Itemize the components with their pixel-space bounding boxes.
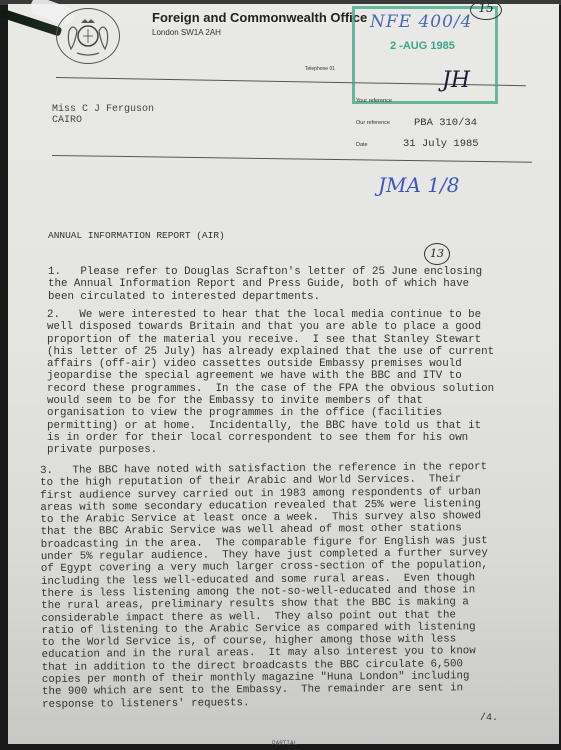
handwritten-initials: JMA 1/8 xyxy=(378,173,459,197)
organisation-name: Foreign and Commonwealth Office xyxy=(152,10,367,25)
paragraph-3: 3. The BBC have noted with satisfaction … xyxy=(40,461,489,711)
stamp-initials: JH xyxy=(442,68,470,93)
addressee-name: Miss C J Ferguson xyxy=(52,104,154,115)
paragraph-2: 2. We were interested to hear that the l… xyxy=(47,309,494,457)
telephone-label: Telephone 01 xyxy=(305,66,335,72)
file-reference: NFE 400/4 xyxy=(370,12,472,32)
our-reference-value: PBA 310/34 xyxy=(414,117,477,129)
document-heading: ANNUAL INFORMATION REPORT (AIR) xyxy=(48,230,225,241)
date-value: 31 July 1985 xyxy=(403,138,479,150)
addressee-block: Miss C J Ferguson CAIRO xyxy=(52,104,154,126)
paragraph-1: 1. Please refer to Douglas Scrafton's le… xyxy=(48,266,482,303)
page-continuation: /4. xyxy=(480,713,498,724)
royal-coat-of-arms-icon xyxy=(56,8,120,64)
date-label: Date xyxy=(356,142,368,148)
addressee-location: CAIRO xyxy=(52,115,154,126)
organisation-address: London SW1A 2AH xyxy=(152,28,221,37)
circled-number: 13 xyxy=(424,243,450,265)
your-reference-label: Your reference xyxy=(356,98,392,104)
received-date: 2 -AUG 1985 xyxy=(390,40,455,52)
our-reference-label: Our reference xyxy=(356,120,390,126)
folio-number: 15 xyxy=(470,0,502,20)
footer-mark: PARTIAL xyxy=(272,740,297,747)
